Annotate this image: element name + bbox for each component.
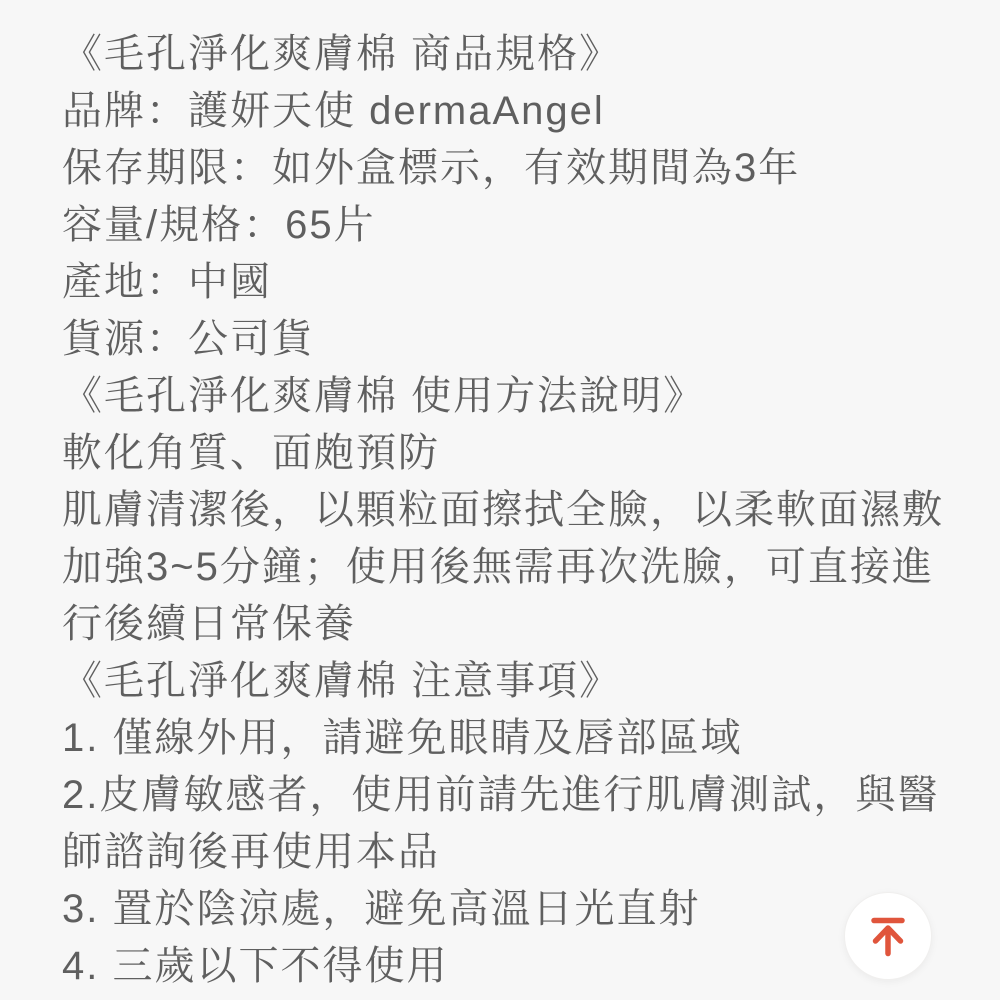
text-line: 行後續日常保養 [62, 596, 944, 653]
text-line-capacity: 容量/規格：65片 [62, 197, 944, 254]
text-line-shelf-life: 保存期限：如外盒標示，有效期間為3年 [62, 140, 944, 197]
text-line-note-2: 2.皮膚敏感者，使用前請先進行肌膚測試，與醫 [62, 767, 944, 824]
text-line-source: 貨源：公司貨 [62, 311, 944, 368]
section-title-specs: 《毛孔淨化爽膚棉 商品規格》 [62, 26, 944, 83]
text-line-note-3: 3. 置於陰涼處，避免高溫日光直射 [62, 881, 944, 938]
text-line-origin: 產地：中國 [62, 254, 944, 311]
arrow-up-to-top-icon [864, 911, 912, 961]
section-title-usage: 《毛孔淨化爽膚棉 使用方法說明》 [62, 368, 944, 425]
text-line-note-4: 4. 三歲以下不得使用 [62, 938, 944, 995]
text-line: 軟化角質、面皰預防 [62, 425, 944, 482]
text-line-brand: 品牌：護妍天使 dermaAngel [62, 83, 944, 140]
product-description: 《毛孔淨化爽膚棉 商品規格》 品牌：護妍天使 dermaAngel 保存期限：如… [62, 26, 944, 995]
section-title-notes: 《毛孔淨化爽膚棉 注意事項》 [62, 653, 944, 710]
text-line-note-1: 1. 僅線外用，請避免眼睛及唇部區域 [62, 710, 944, 767]
text-line-note-2b: 師諮詢後再使用本品 [62, 824, 944, 881]
text-line: 肌膚清潔後，以顆粒面擦拭全臉，以柔軟面濕敷 [62, 482, 944, 539]
back-to-top-button[interactable] [844, 892, 932, 980]
text-line: 加強3~5分鐘；使用後無需再次洗臉，可直接進 [62, 539, 944, 596]
